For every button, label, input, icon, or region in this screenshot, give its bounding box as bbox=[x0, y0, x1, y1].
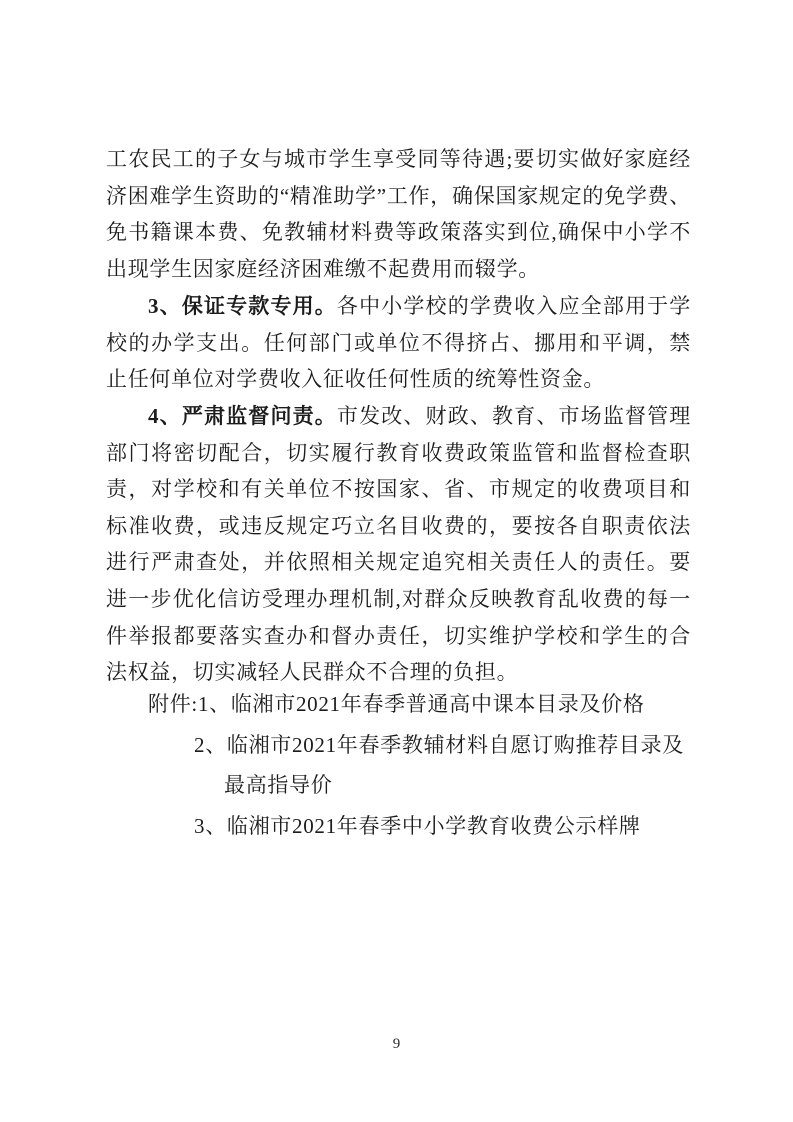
paragraph-lead-bold: 4、严肃监督问责。 bbox=[148, 404, 337, 428]
attachment-item-title: 临湘市2021年春季教辅材料自愿订购推荐目录及 bbox=[227, 733, 684, 757]
body-paragraph-continuation: 工农民工的子女与城市学生享受同等待遇;要切实做好家庭经济困难学生资助的“精准助学… bbox=[106, 141, 691, 287]
paragraph-text: 市发改、财政、教育、市场监督管理部门将密切配合，切实履行教育收费政策监管和监督检… bbox=[106, 404, 691, 684]
attachment-item-2: 2、临湘市2021年春季教辅材料自愿订购推荐目录及 bbox=[194, 725, 693, 766]
attachments-section: 附件:1、临湘市2021年春季普通高中课本目录及价格 2、临湘市2021年春季教… bbox=[148, 684, 693, 846]
document-page: 工农民工的子女与城市学生享受同等待遇;要切实做好家庭经济困难学生资助的“精准助学… bbox=[0, 0, 793, 1122]
attachment-item-1: 附件:1、临湘市2021年春季普通高中课本目录及价格 bbox=[148, 684, 693, 725]
attachment-item-3: 3、临湘市2021年春季中小学教育收费公示样牌 bbox=[194, 806, 693, 847]
page-number: 9 bbox=[0, 1036, 793, 1053]
attachments-label: 附件: bbox=[148, 692, 198, 716]
attachment-item-title: 临湘市2021年春季中小学教育收费公示样牌 bbox=[227, 814, 641, 838]
paragraph-lead-bold: 3、保证专款专用。 bbox=[148, 294, 337, 318]
attachment-item-number: 1、 bbox=[198, 692, 231, 716]
attachment-item-number: 3、 bbox=[194, 814, 227, 838]
paragraph-text: 工农民工的子女与城市学生享受同等待遇;要切实做好家庭经济困难学生资助的“精准助学… bbox=[106, 147, 691, 281]
attachment-item-2-continuation: 最高指导价 bbox=[224, 765, 693, 806]
attachment-item-title: 临湘市2021年春季普通高中课本目录及价格 bbox=[231, 692, 645, 716]
attachment-item-number: 2、 bbox=[194, 733, 227, 757]
body-paragraph-item-4: 4、严肃监督问责。市发改、财政、教育、市场监督管理部门将密切配合，切实履行教育收… bbox=[106, 398, 691, 691]
body-paragraph-item-3: 3、保证专款专用。各中小学校的学费收入应全部用于学校的办学支出。任何部门或单位不… bbox=[106, 288, 691, 398]
